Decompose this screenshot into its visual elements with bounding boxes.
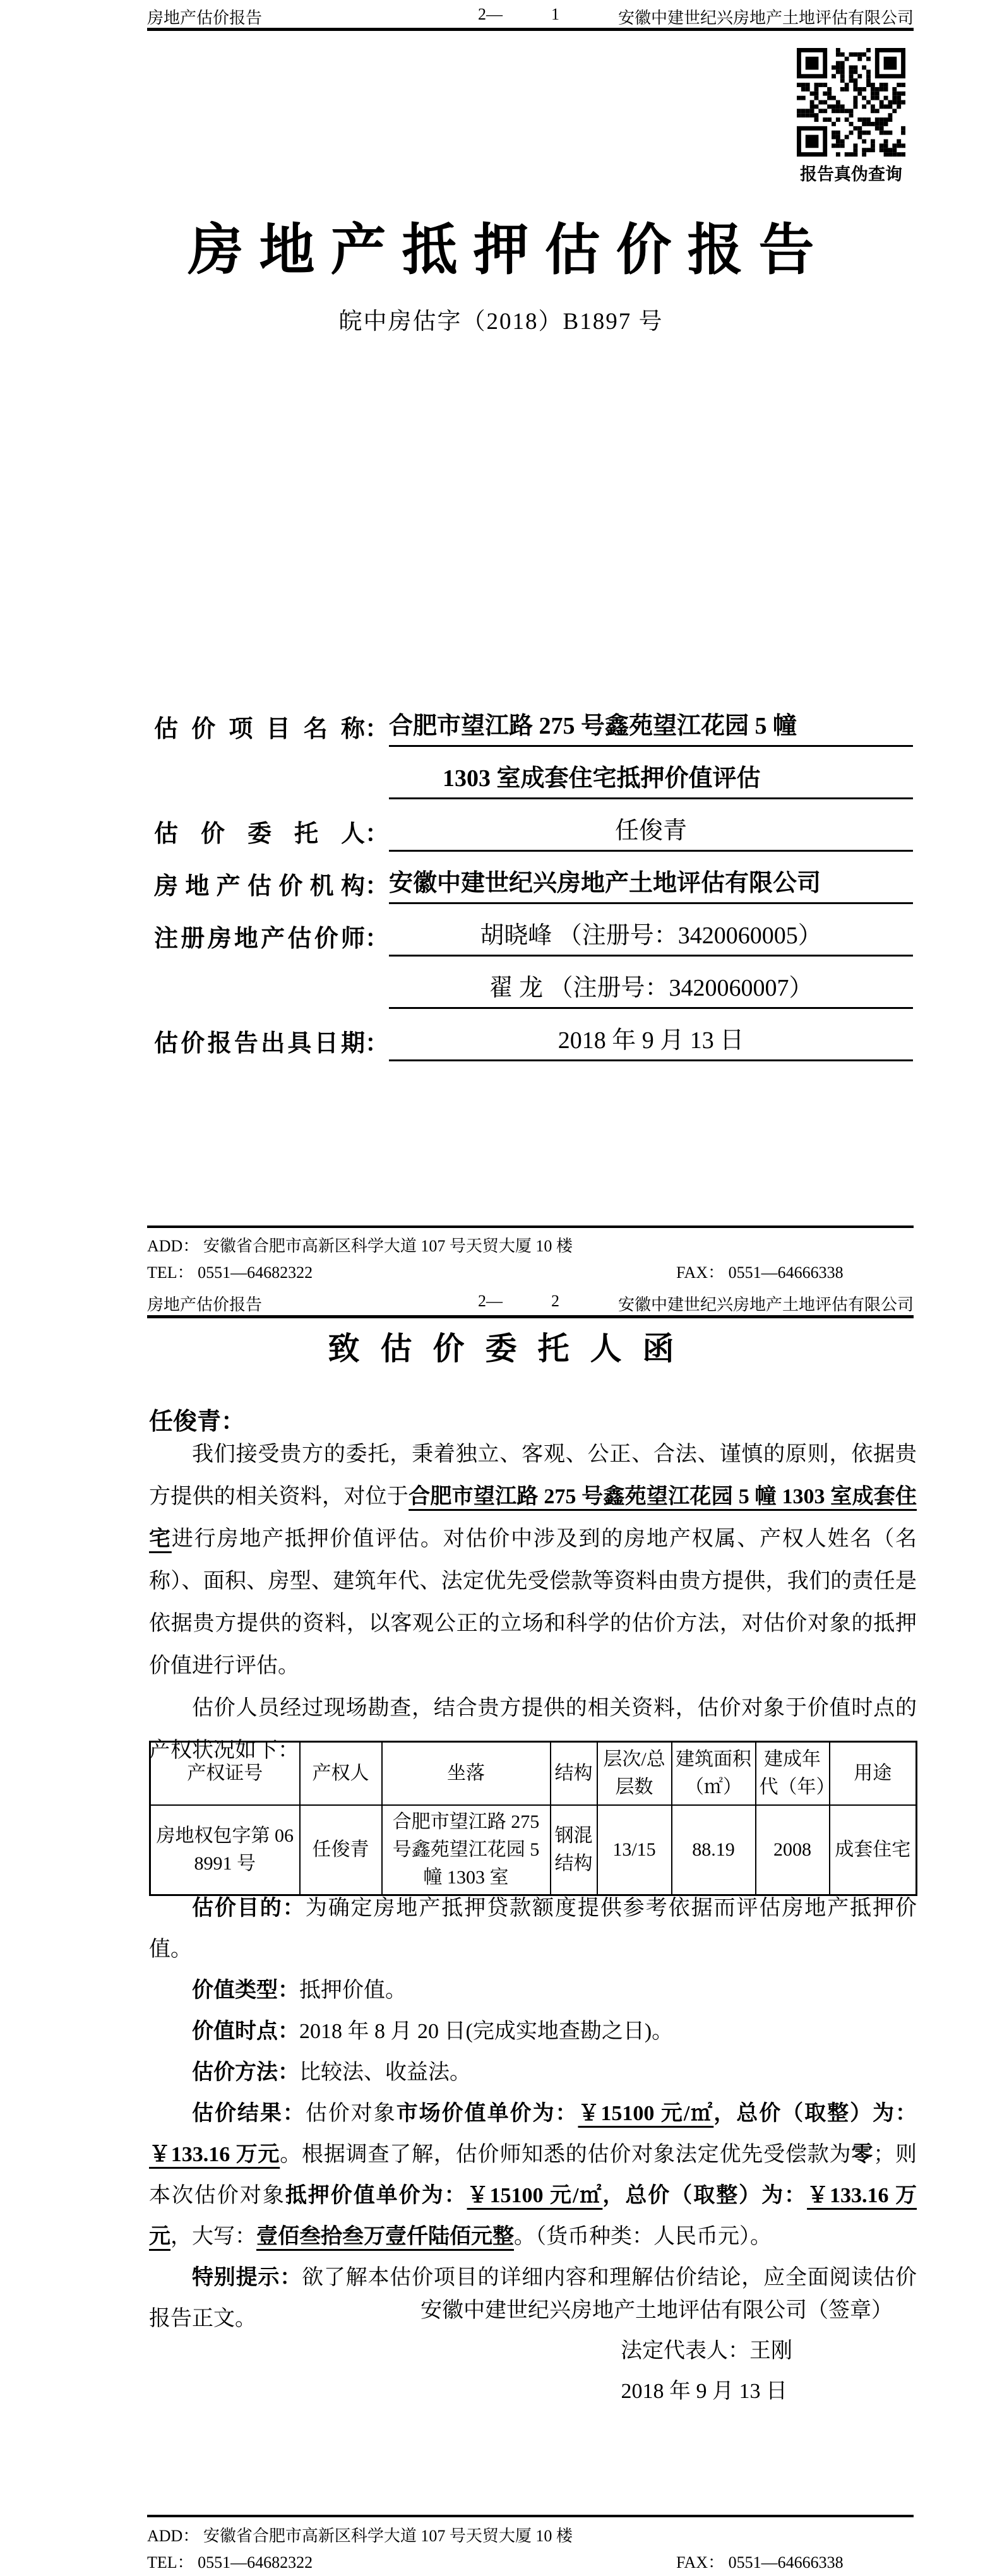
text-segment: 。（货币种类：人民币元）。 <box>514 2225 772 2248</box>
field-colon: ： <box>365 821 389 852</box>
page2-header-rule <box>147 1315 914 1318</box>
section-purpose: 估价目的：为确定房地产抵押贷款额度提供参考依据而评估房地产抵押价值。 <box>149 1888 917 1970</box>
header-page-number: 1 <box>551 5 559 24</box>
page2-footer-rule <box>147 2515 914 2517</box>
footer-tel: TEL： 0551—64682322 <box>147 1263 313 1282</box>
cell-floor: 13/15 <box>597 1805 672 1895</box>
signature-legal-rep: 法定代表人：王刚 <box>149 2331 917 2371</box>
signature-date: 2018 年 9 月 13 日 <box>149 2371 917 2412</box>
header-page-number: 2 <box>551 1292 559 1311</box>
field-project-name-line2: 1303 室成套住宅抵押价值评估 <box>154 747 913 799</box>
field-project-name: 估价项目名称 ： 合肥市望江路 275 号鑫苑望江花园 5 幢 <box>154 695 913 747</box>
cell-cert-no: 房地权包字第 068991 号 <box>150 1805 300 1895</box>
field-label: 注册房地产估价师 <box>154 926 365 957</box>
text-segment: 特别提示： <box>192 2266 302 2289</box>
field-colon <box>365 1005 389 1009</box>
signature-block: 安徽中建世纪兴房地产土地评估有限公司（签章） 法定代表人：王刚 2018 年 9… <box>149 2291 917 2412</box>
qr-code-image <box>797 48 905 157</box>
field-appraiser-2: 翟 龙 （注册号：3420060007） <box>154 957 913 1009</box>
header-doc-type: 房地产估价报告 <box>147 1292 262 1315</box>
text-segment: 总价（取整）为： <box>625 2184 807 2207</box>
qr-caption: 报告真伪查询 <box>794 160 908 185</box>
table-data-row: 房地权包字第 068991 号 任俊青 合肥市望江路 275 号鑫苑望江花园 5… <box>150 1805 917 1895</box>
table-header-row: 产权证号 产权人 坐落 结构 层次/总层数 建筑面积（㎡） 建成年代（年） 用途 <box>150 1742 917 1805</box>
text-segment: 估价对象 <box>306 2102 397 2125</box>
text-segment: ， <box>602 2184 625 2207</box>
field-value: 翟 龙 （注册号：3420060007） <box>389 974 913 1009</box>
col-header-owner: 产权人 <box>300 1742 382 1805</box>
text-segment: 进行房地产抵押价值评估。对估价中涉及到的房地产权属、产权人姓名（名称）、面积、房… <box>149 1527 917 1678</box>
field-colon: ： <box>365 874 389 904</box>
text-segment: 市场价值单价为： <box>397 2102 578 2125</box>
header-rule <box>147 28 914 31</box>
field-agency: 房地产估价机构 ： 安徽中建世纪兴房地产土地评估有限公司 <box>154 852 913 904</box>
text-segment: 。根据调查了解，估价师知悉的估价对象法定优先受偿款为 <box>280 2143 851 2166</box>
field-value: 任俊青 <box>389 817 913 852</box>
qr-code <box>797 48 905 157</box>
page1-footer: ADD： 安徽省合肥市高新区科学大道 107 号天贸大厦 10 楼 TEL： 0… <box>147 1233 914 1286</box>
footer-tel: TEL： 0551—64682322 <box>147 2553 313 2572</box>
section-value-date: 价值时点：2018 年 8 月 20 日(完成实地查勘之日)。 <box>149 2011 917 2052</box>
text-segment: 2018 年 8 月 20 日(完成实地查勘之日)。 <box>299 2020 673 2043</box>
field-value: 安徽中建世纪兴房地产土地评估有限公司 <box>389 869 913 904</box>
text-segment: ，大写： <box>170 2225 256 2248</box>
text-segment: 估价结果： <box>192 2102 306 2125</box>
section-result: 估价结果：估价对象市场价值单价为：￥15100 元/㎡，总价（取整）为：￥133… <box>149 2093 917 2257</box>
field-label: 房地产估价机构 <box>154 874 365 904</box>
page1-footer-rule <box>147 1225 914 1228</box>
signature-company: 安徽中建世纪兴房地产土地评估有限公司（签章） <box>149 2291 917 2331</box>
footer-address: ADD： 安徽省合肥市高新区科学大道 107 号天贸大厦 10 楼 <box>147 1233 914 1260</box>
letter-body: 我们接受贵方的委托，秉着独立、客观、公正、合法、谨慎的原则，依据贵方提供的相关资… <box>149 1433 917 1772</box>
field-label: 估价项目名称 <box>154 717 365 747</box>
text-segment: ，总价（取整）为： <box>713 2102 917 2125</box>
text-segment: 估价目的： <box>192 1897 306 1920</box>
footer-contacts: TEL： 0551—64682322 FAX： 0551—64666338 <box>147 2549 914 2576</box>
field-label <box>154 796 365 799</box>
report-title: 房地产抵押估价报告 <box>0 206 1002 285</box>
text-segment: 价值类型： <box>192 1979 299 2002</box>
field-appraiser-1: 注册房地产估价师 ： 胡晓峰 （注册号：3420060005） <box>154 904 913 957</box>
field-issue-date: 估价报告出具日期 ： 2018 年 9 月 13 日 <box>154 1009 913 1061</box>
col-header-location: 坐落 <box>382 1742 551 1805</box>
col-header-area: 建筑面积（㎡） <box>672 1742 756 1805</box>
col-header-structure: 结构 <box>551 1742 597 1805</box>
cell-location: 合肥市望江路 275 号鑫苑望江花园 5 幢 1303 室 <box>382 1805 551 1895</box>
header-company-name: 安徽中建世纪兴房地产土地评估有限公司 <box>618 1292 914 1315</box>
page2-running-header: 房地产估价报告 2— 2 安徽中建世纪兴房地产土地评估有限公司 <box>147 1292 914 1315</box>
ownership-table: 产权证号 产权人 坐落 结构 层次/总层数 建筑面积（㎡） 建成年代（年） 用途… <box>149 1741 917 1896</box>
header-page-marker: 2— <box>478 1292 503 1311</box>
header-doc-type: 房地产估价报告 <box>147 5 262 28</box>
footer-contacts: TEL： 0551—64682322 FAX： 0551—64666338 <box>147 1260 914 1286</box>
footer-fax: FAX： 0551—64666338 <box>676 2549 844 2573</box>
field-colon: ： <box>365 717 389 747</box>
letter-paragraph-1: 我们接受贵方的委托，秉着独立、客观、公正、合法、谨慎的原则，依据贵方提供的相关资… <box>149 1433 917 1687</box>
cell-structure: 钢混结构 <box>551 1805 597 1895</box>
field-colon: ： <box>365 926 389 957</box>
text-segment: 比较法、收益法。 <box>299 2061 471 2084</box>
field-value: 1303 室成套住宅抵押价值评估 <box>389 765 913 799</box>
cell-year: 2008 <box>756 1805 830 1895</box>
field-value: 胡晓峰 （注册号：3420060005） <box>389 922 913 957</box>
text-segment: 抵押价值单价为： <box>285 2184 467 2207</box>
text-segment: 估价方法： <box>192 2061 299 2084</box>
header-company-name: 安徽中建世纪兴房地产土地评估有限公司 <box>618 5 914 28</box>
field-colon: ： <box>365 1031 389 1061</box>
field-value: 2018 年 9 月 13 日 <box>389 1027 913 1061</box>
field-label: 估价报告出具日期 <box>154 1031 365 1061</box>
field-colon <box>365 796 389 799</box>
report-doc-number: 皖中房估字（2018）B1897 号 <box>0 302 1002 336</box>
col-header-year: 建成年代（年） <box>756 1742 830 1805</box>
text-segment: 壹佰叁拾叁万壹仟陆佰元整 <box>256 2225 514 2248</box>
text-segment: ￥15100 元/㎡ <box>578 2102 713 2125</box>
text-segment: ￥133.16 万元 <box>149 2143 280 2166</box>
cover-fields: 估价项目名称 ： 合肥市望江路 275 号鑫苑望江花园 5 幢 1303 室成套… <box>154 695 913 1061</box>
letter-title: 致估价委托人函 <box>0 1323 1002 1369</box>
section-value-type: 价值类型：抵押价值。 <box>149 1970 917 2011</box>
cell-area: 88.19 <box>672 1805 756 1895</box>
text-segment: 零 <box>851 2143 873 2166</box>
footer-address: ADD： 安徽省合肥市高新区科学大道 107 号天贸大厦 10 楼 <box>147 2523 914 2549</box>
col-header-floor: 层次/总层数 <box>597 1742 672 1805</box>
field-value: 合肥市望江路 275 号鑫苑望江花园 5 幢 <box>389 712 913 747</box>
valuation-summary: 估价目的：为确定房地产抵押贷款额度提供参考依据而评估房地产抵押价值。 价值类型：… <box>149 1888 917 2339</box>
text-segment: ￥15100 元/㎡ <box>467 2184 603 2207</box>
field-label <box>154 1005 365 1009</box>
col-header-use: 用途 <box>830 1742 917 1805</box>
section-method: 估价方法：比较法、收益法。 <box>149 2052 917 2093</box>
page1-running-header: 房地产估价报告 2— 1 安徽中建世纪兴房地产土地评估有限公司 <box>147 5 914 28</box>
field-client: 估价委托人 ： 任俊青 <box>154 799 913 852</box>
text-segment: 抵押价值。 <box>299 1979 407 2002</box>
cell-owner: 任俊青 <box>300 1805 382 1895</box>
page2-footer: ADD： 安徽省合肥市高新区科学大道 107 号天贸大厦 10 楼 TEL： 0… <box>147 2523 914 2576</box>
footer-fax: FAX： 0551—64666338 <box>676 1260 844 1283</box>
letter-addressee: 任俊青： <box>149 1402 245 1436</box>
header-page-marker: 2— <box>478 5 503 24</box>
cell-use: 成套住宅 <box>830 1805 917 1895</box>
field-label: 估价委托人 <box>154 821 365 852</box>
col-header-cert-no: 产权证号 <box>150 1742 300 1805</box>
report-document: 房地产估价报告 2— 1 安徽中建世纪兴房地产土地评估有限公司 报告真伪查询 房… <box>0 0 1002 2576</box>
text-segment: 价值时点： <box>192 2020 299 2043</box>
